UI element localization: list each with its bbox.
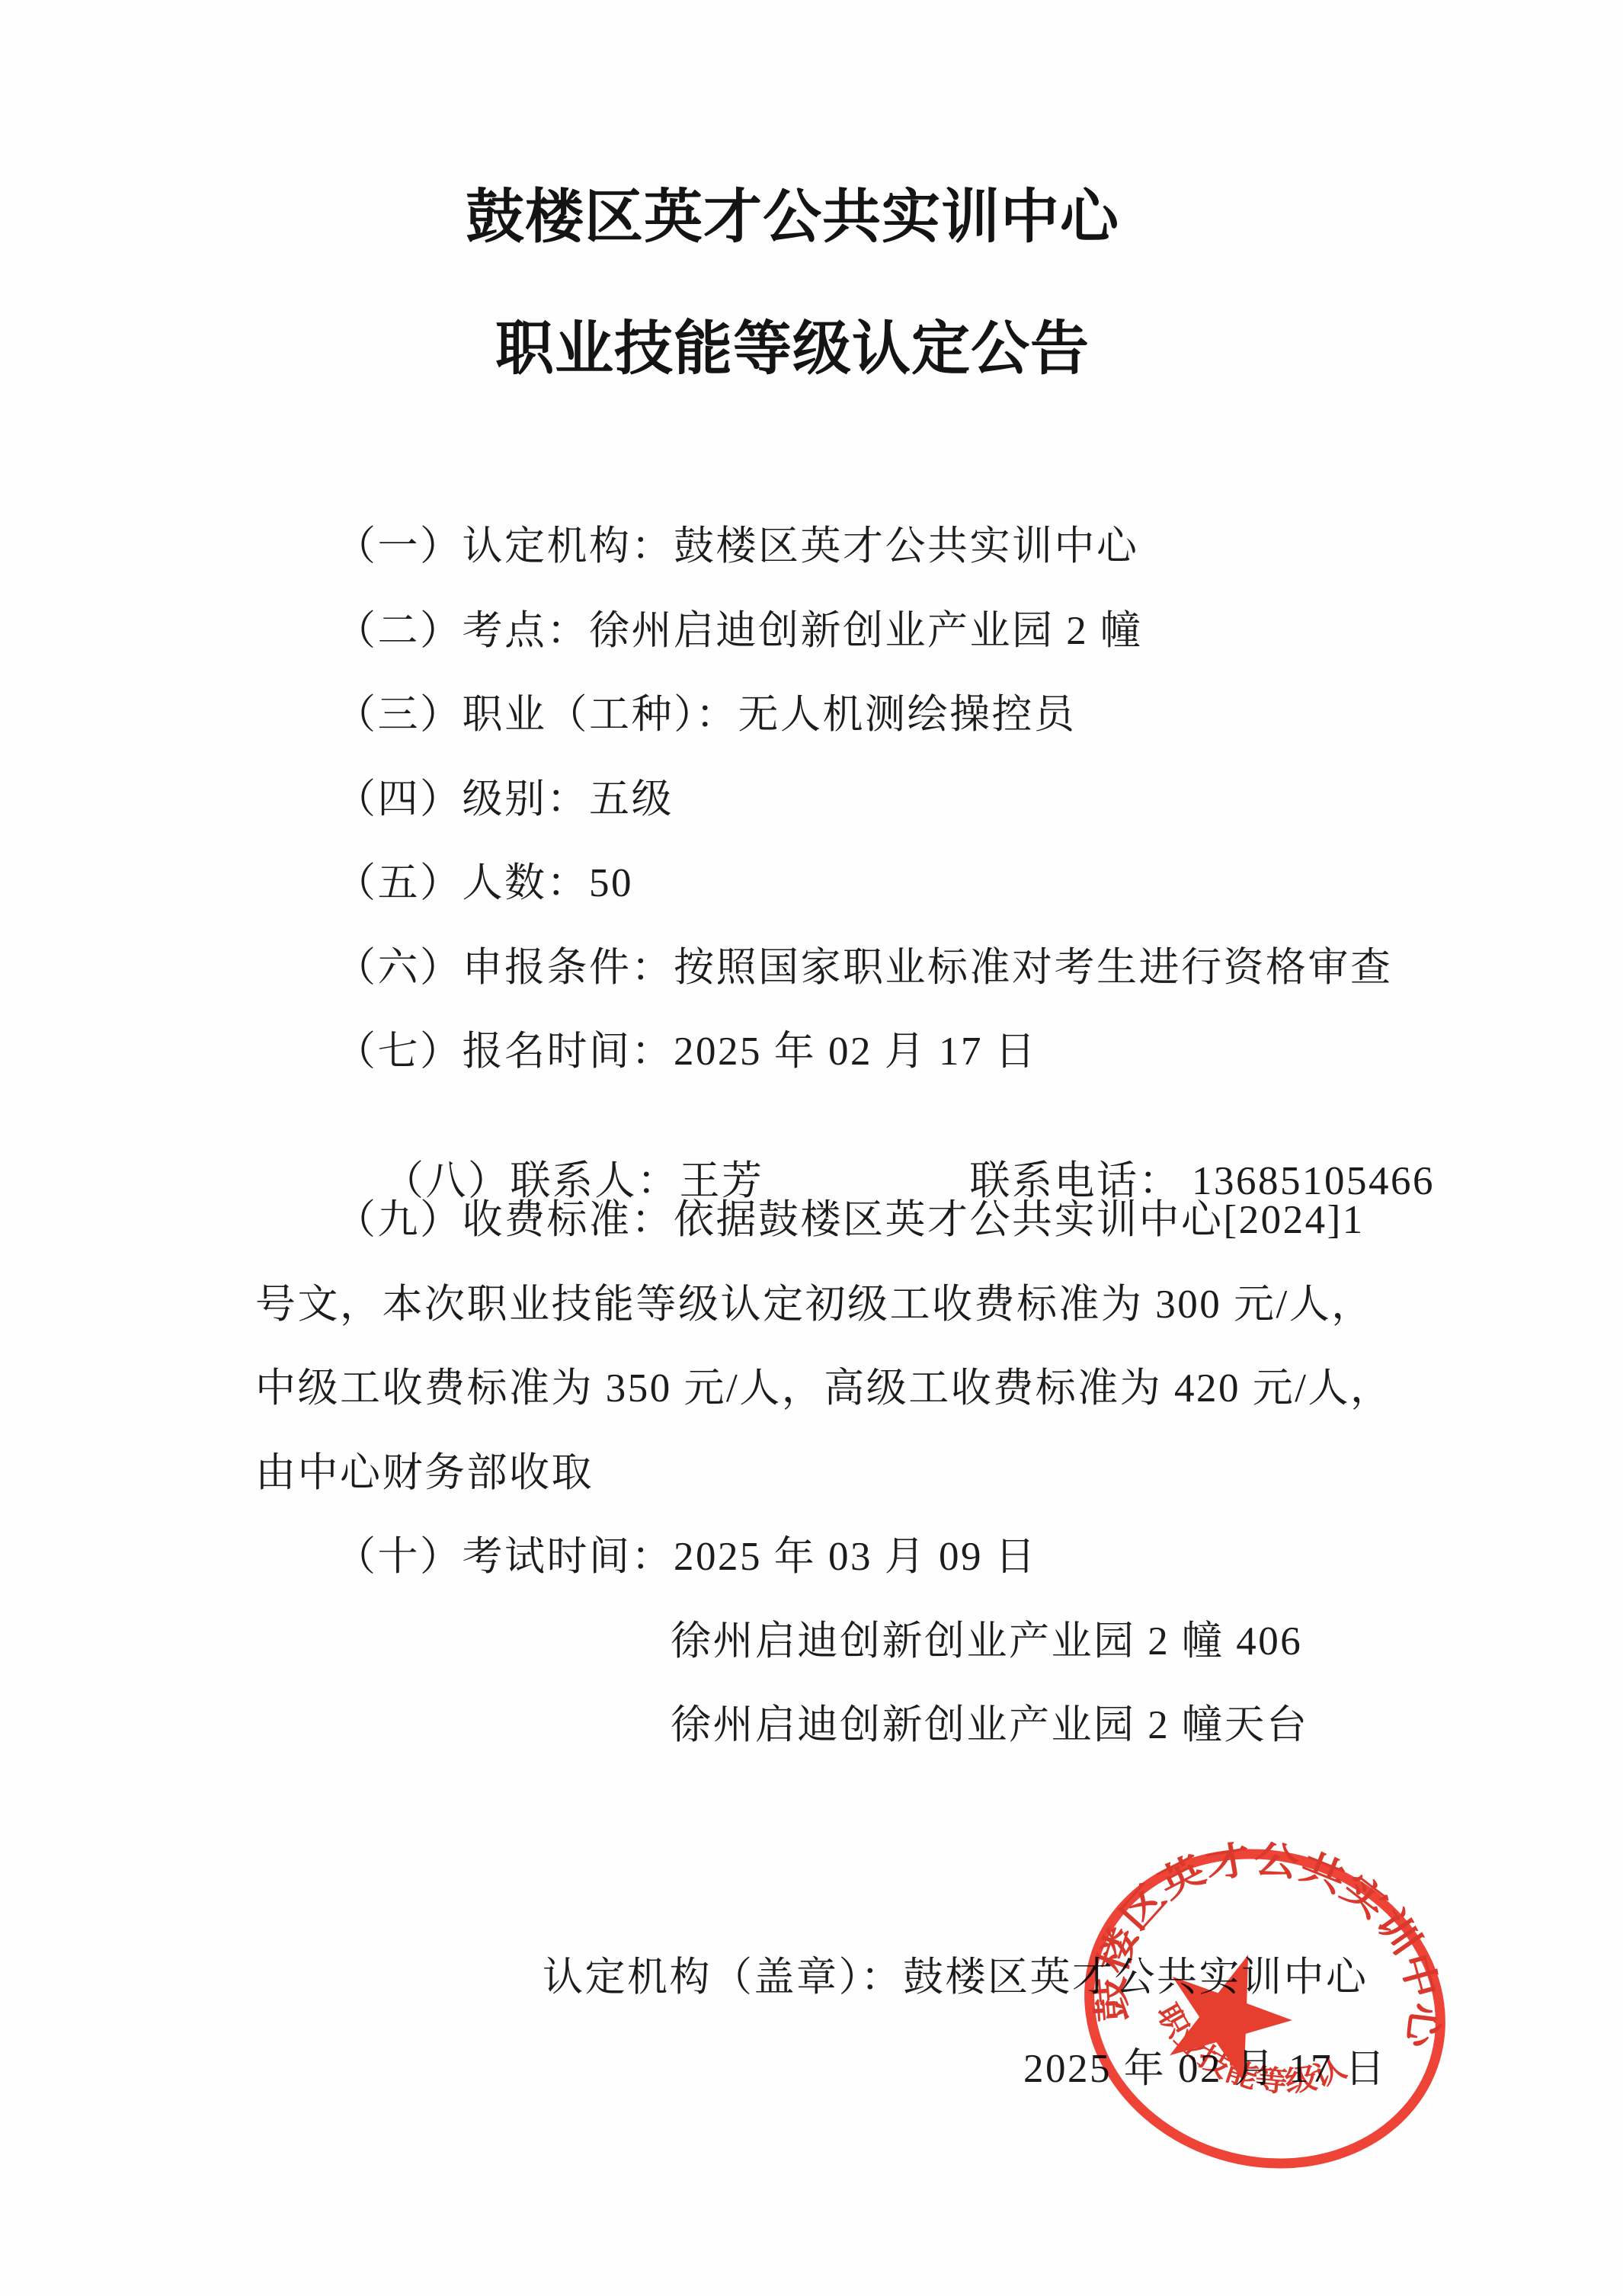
contact-person-label: （八）联系人：王芳 — [383, 1159, 764, 1203]
item-9-fee-line-2: 号文，本次职业技能等级认定初级工收费标准为 300 元/人， — [255, 1282, 1374, 1327]
page-title-line2: 职业技能等级认定公告 — [0, 317, 1585, 382]
item-7-registration-date: （七）报名时间：2025 年 02 月 17 日 — [335, 1030, 1037, 1074]
item-2-exam-site: （二）考点：徐州启迪创新创业产业园 2 幢 — [335, 609, 1143, 654]
item-9-fee-line-1: （九）收费标准：依据鼓楼区英才公共实训中心[2024]1 — [335, 1198, 1365, 1243]
exam-location-1: 徐州启迪创新创业产业园 2 幢 406 — [671, 1619, 1302, 1664]
document-page: 鼓楼区英才公共实训中心 职业技能等级认定公告 （一）认定机构：鼓楼区英才公共实训… — [0, 0, 1623, 2296]
item-6-application-conditions: （六）申报条件：按照国家职业标准对考生进行资格审查 — [335, 946, 1393, 991]
item-1-certifying-body: （一）认定机构：鼓楼区英才公共实训中心 — [335, 524, 1139, 569]
item-3-occupation: （三）职业（工种）：无人机测绘操控员 — [335, 693, 1077, 738]
seal-rotated-group: 鼓楼区英才公共实训中心 职业技能等级认定专用章 — [1021, 1764, 1494, 2208]
item-4-level: （四）级别：五级 — [335, 777, 674, 822]
official-seal: 鼓楼区英才公共实训中心 职业技能等级认定专用章 — [1073, 1843, 1458, 2182]
item-9-fee-line-3: 中级工收费标准为 350 元/人，高级工收费标准为 420 元/人， — [255, 1366, 1392, 1411]
contact-phone-number: 13685105466 — [1192, 1159, 1435, 1203]
item-5-headcount: （五）人数：50 — [335, 861, 633, 906]
item-10-exam-date: （十）考试时间：2025 年 03 月 09 日 — [335, 1535, 1037, 1580]
exam-location-2: 徐州启迪创新创业产业园 2 幢天台 — [671, 1703, 1309, 1748]
item-9-fee-line-4: 由中心财务部收取 — [255, 1451, 594, 1496]
page-title-line1: 鼓楼区英才公共实训中心 — [0, 185, 1585, 250]
contact-phone-label: 联系电话： — [970, 1159, 1182, 1203]
